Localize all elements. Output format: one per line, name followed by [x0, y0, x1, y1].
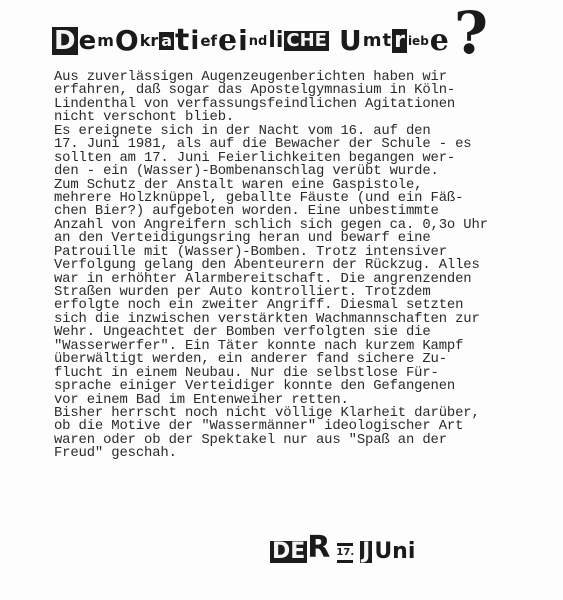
headline-clip: t	[175, 26, 189, 56]
date-bar-top	[337, 543, 353, 546]
headline-clip: ef	[200, 34, 217, 49]
headline-clip: O	[115, 27, 139, 55]
headline-collage: DemOkratiefeindliCHE Umtriebe	[52, 18, 450, 64]
signature-word-der: DE	[270, 541, 307, 563]
date-bar-bottom	[337, 560, 353, 563]
headline-clip: e	[218, 26, 237, 56]
headline-clip: m	[97, 33, 114, 49]
body-text: Aus zuverlässigen Augenzeugenberichten h…	[54, 71, 534, 461]
headline-clip: i	[190, 28, 199, 54]
headline-clip: a	[159, 32, 174, 50]
signature-date: 17.	[336, 543, 354, 563]
headline-clip: ieb	[408, 35, 429, 47]
headline-clip: nd	[249, 35, 268, 48]
headline-clip: D	[52, 27, 78, 55]
headline-clip: CHE	[284, 31, 329, 51]
headline-clip: U	[339, 27, 362, 55]
headline-clip: t	[382, 32, 391, 50]
signature-word-uni: Uni	[374, 541, 415, 563]
text-line: Freud" geschah.	[54, 447, 534, 460]
signature-letter-j: J	[360, 541, 372, 563]
signature-collage: DE R 17. J Uni	[270, 533, 417, 563]
headline-clip: li	[268, 30, 283, 52]
headline-clip: e	[430, 26, 449, 56]
signature-letter-r: R	[307, 533, 330, 563]
question-mark: ?	[454, 4, 488, 62]
headline-clip: m	[363, 32, 382, 50]
signature-date-text: 17.	[336, 548, 354, 558]
headline-clip: r	[392, 29, 407, 53]
headline-clip: kr	[140, 33, 159, 49]
headline-clip: e	[79, 28, 97, 54]
headline-clip: i	[238, 27, 248, 55]
